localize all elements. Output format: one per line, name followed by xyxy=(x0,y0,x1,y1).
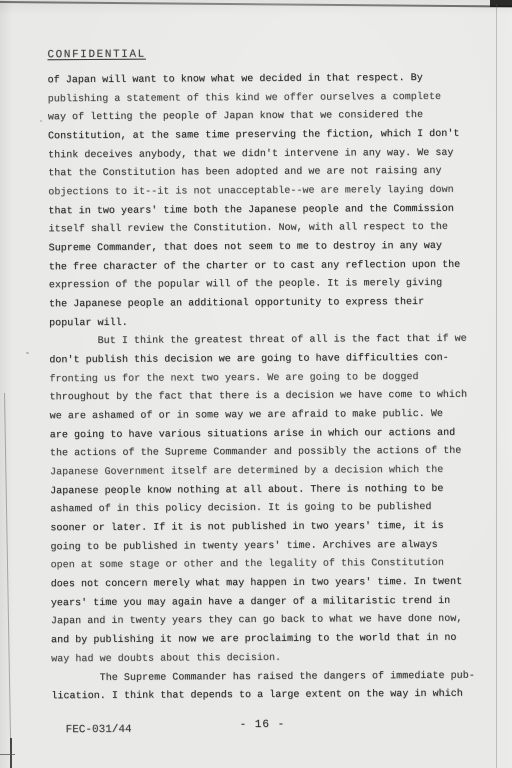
text-line: way of letting the people of Japan know … xyxy=(48,107,488,128)
document-number: FEC-031/44 xyxy=(66,724,132,736)
text-line: ashamed of in this policy decision. It i… xyxy=(50,499,490,520)
text-line: objections to it--it is not unacceptable… xyxy=(48,182,488,203)
document-content: CONFIDENTIAL of Japan will want to know … xyxy=(0,0,512,768)
text-line: Japan and in twenty years they can go ba… xyxy=(51,611,491,632)
text-line: expression of the popular will of the pe… xyxy=(49,275,489,296)
text-line: we are ashamed of or in some way we are … xyxy=(50,406,490,427)
text-line: open at some stage or other and the lega… xyxy=(51,555,491,576)
page-number: - 16 - xyxy=(240,719,286,731)
text-line: Japanese Government itself are determine… xyxy=(50,462,490,483)
text-line: But I think the greatest threat of all i… xyxy=(49,331,489,352)
text-line: lication. I think that depends to a larg… xyxy=(51,686,491,707)
classification-stamp: CONFIDENTIAL xyxy=(47,49,145,62)
page-footer: FEC-031/44 - 16 - xyxy=(0,0,510,2)
text-line: Supreme Commander, that does not seem to… xyxy=(49,238,489,259)
document-body: of Japan will want to know what we decid… xyxy=(48,70,492,708)
text-line: itself shall review the Constitution. No… xyxy=(48,219,488,240)
text-line: does not concern merely what may happen … xyxy=(51,574,491,595)
document-page: CONFIDENTIAL of Japan will want to know … xyxy=(0,0,512,768)
text-line: The Supreme Commander has raised the dan… xyxy=(51,667,491,688)
text-line: the Japanese people an additional opport… xyxy=(49,294,489,315)
